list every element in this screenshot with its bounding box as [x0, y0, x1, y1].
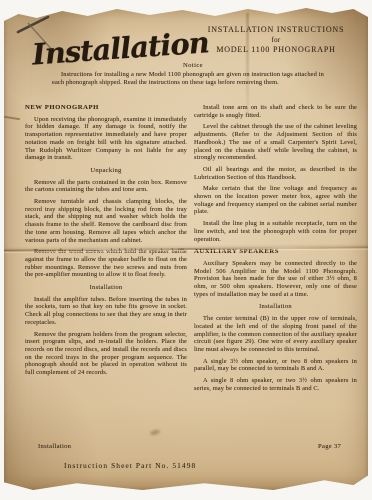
document-title-block: INSTALLATION INSTRUCTIONS for MODEL 1100… — [192, 25, 360, 55]
title-line-1: INSTALLATION INSTRUCTIONS — [192, 25, 360, 35]
section-subheading: Installation — [194, 303, 357, 311]
notice-paragraph: Instructions for installing a new Model … — [52, 71, 324, 87]
section-subheading: Unpacking — [25, 167, 187, 175]
paragraph: The center terminal (B) in the upper row… — [194, 315, 357, 354]
left-column: NEW PHONOGRAPHUpon receiving the phonogr… — [25, 104, 187, 381]
title-line-2: for — [192, 35, 360, 45]
title-line-3: MODEL 1100 PHONOGRAPH — [192, 45, 360, 55]
paragraph: Remove the wood screws which hold the sp… — [25, 248, 187, 279]
paragraph: Install tone arm on its shaft and check … — [194, 104, 357, 119]
paragraph: Upon receiving the phonograph, examine i… — [25, 116, 187, 162]
paragraph: Install the line plug in a suitable rece… — [194, 220, 357, 243]
edge-crease-mark — [4, 116, 20, 120]
right-column: Install tone arm on its shaft and check … — [194, 104, 357, 397]
paragraph: Remove turntable and chassis clamping bl… — [25, 198, 187, 244]
page-number: Page 37 — [318, 443, 341, 450]
footer-section-label: Installation — [38, 443, 71, 450]
paragraph: Level the cabinet through the use of the… — [194, 123, 357, 162]
part-number-line: Instruction Sheet Part No. 51498 — [64, 461, 196, 470]
ink-smudge — [150, 429, 161, 436]
paragraph: Oil all bearings and the motor, as descr… — [194, 166, 357, 181]
section-heading: NEW PHONOGRAPH — [25, 104, 187, 112]
paragraph: Remove the program holders from the prog… — [25, 331, 187, 377]
paragraph: Install the amplifier tubes. Before inse… — [25, 296, 187, 327]
paragraph: Remove all the parts contained in the co… — [25, 179, 187, 194]
paragraph: Auxiliary Speakers may be connected dire… — [194, 260, 357, 299]
fold-crease-vertical — [246, 13, 249, 113]
notice-heading: Notice — [4, 62, 368, 69]
paragraph: Make certain that the line voltage and f… — [194, 185, 357, 216]
paragraph: A single 8 ohm speaker, or two 3½ ohm sp… — [194, 377, 357, 392]
document-page: Installation INSTALLATION INSTRUCTIONS f… — [4, 5, 368, 490]
section-subheading: Installation — [25, 284, 187, 292]
paragraph: A single 3½ ohm speaker, or two 8 ohm sp… — [194, 358, 357, 373]
